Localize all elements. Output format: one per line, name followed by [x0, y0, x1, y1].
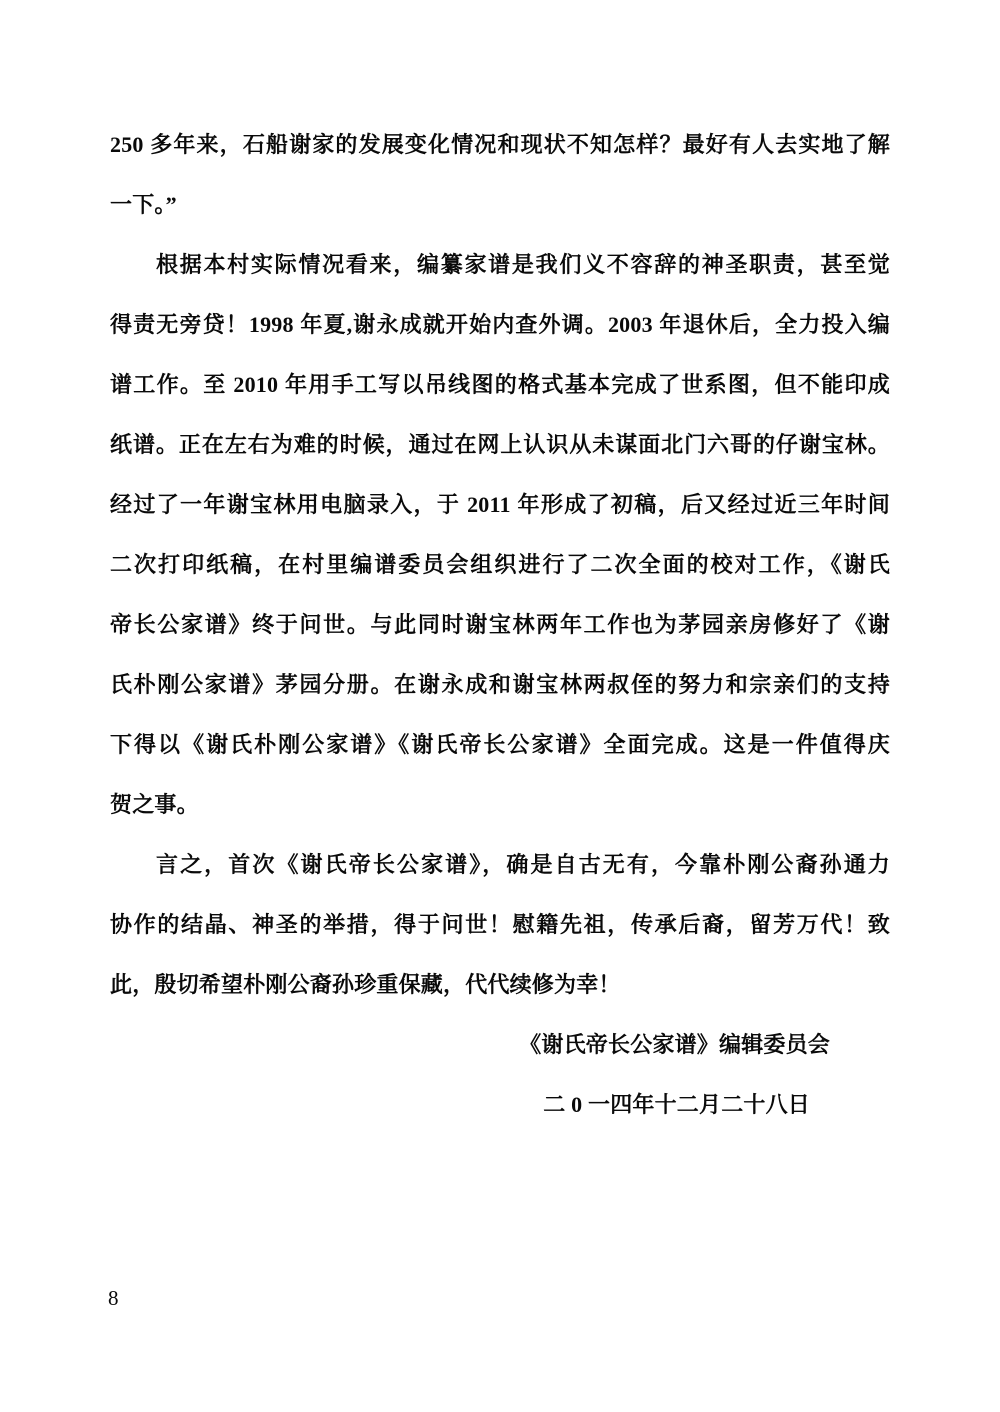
text-line: 贺之事。 [110, 775, 890, 835]
text-line: 得责无旁贷！1998 年夏,谢永成就开始内查外调。2003 年退休后，全力投入编 [110, 295, 890, 355]
text-line: 二次打印纸稿，在村里编谱委员会组织进行了二次全面的校对工作，《谢氏 [110, 535, 890, 595]
document-body: 250 多年来，石船谢家的发展变化情况和现状不知怎样？最好有人去实地了解 一下。… [110, 115, 890, 1135]
text-line: 根据本村实际情况看来，编纂家谱是我们义不容辞的神圣职责，甚至觉 [110, 235, 890, 295]
page-number: 8 [108, 1284, 119, 1312]
text-line: 经过了一年谢宝林用电脑录入，于 2011 年形成了初稿，后又经过近三年时间 [110, 475, 890, 535]
signature-line: 《谢氏帝长公家谱》编辑委员会 [110, 1015, 890, 1075]
text-line: 此，殷切希望朴刚公裔孙珍重保藏，代代续修为幸！ [110, 955, 890, 1015]
text-line: 氏朴刚公家谱》茅园分册。在谢永成和谢宝林两叔侄的努力和宗亲们的支持 [110, 655, 890, 715]
date-line: 二 0 一四年十二月二十八日 [110, 1075, 890, 1135]
text-line: 纸谱。正在左右为难的时候，通过在网上认识从未谋面北门六哥的仔谢宝林。 [110, 415, 890, 475]
text-line: 协作的结晶、神圣的举措，得于问世！慰籍先祖，传承后裔，留芳万代！致 [110, 895, 890, 955]
text-line: 帝长公家谱》终于问世。与此同时谢宝林两年工作也为茅园亲房修好了《谢 [110, 595, 890, 655]
document-page: 250 多年来，石船谢家的发展变化情况和现状不知怎样？最好有人去实地了解 一下。… [0, 0, 1000, 1412]
text-line: 谱工作。至 2010 年用手工写以吊线图的格式基本完成了世系图，但不能印成 [110, 355, 890, 415]
text-line: 言之，首次《谢氏帝长公家谱》，确是自古无有，今靠朴刚公裔孙通力 [110, 835, 890, 895]
text-line: 250 多年来，石船谢家的发展变化情况和现状不知怎样？最好有人去实地了解 [110, 115, 890, 175]
text-line: 一下。” [110, 175, 890, 235]
text-line: 下得以《谢氏朴刚公家谱》《谢氏帝长公家谱》全面完成。这是一件值得庆 [110, 715, 890, 775]
